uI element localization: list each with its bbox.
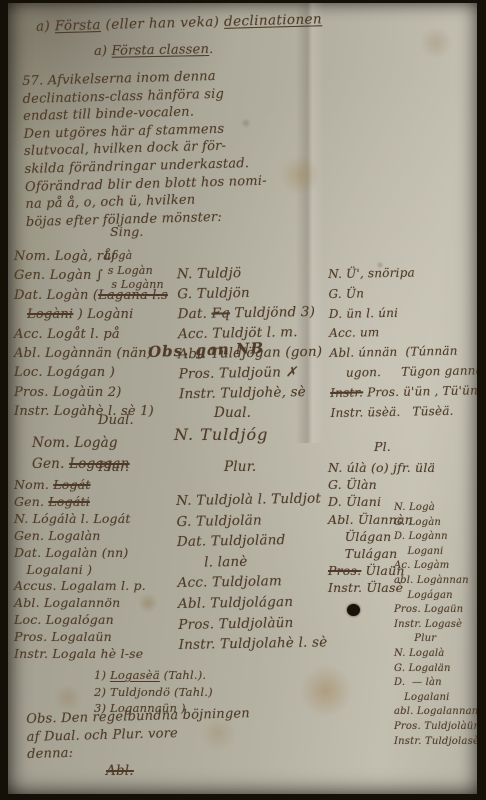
hw-line: Loc. Logalógan	[14, 612, 146, 629]
hw-line: Gen. Logalàn	[14, 528, 146, 545]
manuscript-paper: a) Första (eller han veka) declinationen…	[8, 3, 477, 794]
hw-line: Pros. Tuldjolàün	[178, 612, 327, 635]
hw-line: Pros. Logàün 2)	[14, 383, 168, 402]
hw-line: Nom. Logàg	[32, 433, 130, 454]
right-second-paradigm: N. LogàG. LogànD. Logànn LoganiAc. Logàm…	[394, 501, 477, 749]
hw-line: ugon. Tügon ganno NB	[330, 361, 477, 384]
hw-line: Instr. Logala hè l-se	[14, 646, 146, 663]
hw-line: N. Logalà	[394, 647, 477, 662]
hw-line: D. ün l. úni	[329, 301, 477, 324]
hw-line: G. Ün	[328, 282, 477, 305]
hw-line: Nom. Logà, råf	[14, 247, 168, 266]
hw-line: N. Tuldjolà l. Tuldjot	[176, 488, 325, 511]
hw-line: Dat. Logalàn (nn)	[14, 545, 146, 562]
hw-line: Plur	[394, 632, 477, 647]
hw-line: Abl. Tuldjögan (gon)	[178, 342, 322, 365]
middle-dual-form: N. Tuldjóg	[174, 425, 268, 444]
left-singular-paradigm: Nom. Logà, råfGen. Logàn ∫Dat. Logàn (La…	[14, 247, 168, 422]
middle-dual-label: Dual.	[214, 405, 251, 421]
bottom-struck-word: Abl.	[106, 763, 134, 779]
intro-paragraph: 57. Afvikelserna inom dennadeclinations-…	[22, 67, 268, 232]
hw-line: Ac. Logàm	[394, 559, 477, 574]
hw-line: Instr. Tuldjolasè.	[394, 735, 477, 750]
hw-line: Pros. Tuldjoün ✗	[179, 362, 323, 385]
hw-line: Instr. Logasè	[394, 618, 477, 633]
hw-line: Abl. Tuldjolágan	[178, 591, 327, 614]
right-singular-paradigm: N. Ü', snöripaG. ÜnD. ün l. úniAcc. umAb…	[328, 262, 477, 423]
hw-line: Instr. üsèä. Tüsèä.	[330, 400, 477, 423]
hw-line: Logalani )	[14, 562, 146, 579]
hw-line: l. lanè	[177, 550, 326, 573]
hw-line: Logani	[394, 545, 477, 560]
hw-line: Acc. Tuldjöt l. m.	[178, 322, 322, 345]
hw-line: Instr. Logàhè l. sè 1)	[14, 402, 168, 421]
hw-line: Instr. Pros. ü'ün , Tü'ün	[330, 381, 477, 404]
hw-line: Abl. únnän (Túnnän	[329, 341, 477, 364]
hw-line: G. Logàn	[394, 516, 477, 531]
left-dual-label: Dual.	[98, 413, 134, 428]
hw-line: a) Första classen.	[94, 42, 214, 59]
hw-line: Logàni ) Logàni	[14, 305, 168, 324]
hw-line: Dat. Fq Tuldjönd 3)	[177, 302, 321, 325]
hw-line: 1) Logasèä (Tahl.).	[94, 667, 213, 684]
hw-line: Logágan	[394, 589, 477, 604]
hw-line: Acc. Tuldjolam	[177, 571, 326, 594]
middle-plural-label: Plur.	[224, 459, 256, 475]
hw-line: Acc. Logåt l. på	[14, 325, 168, 344]
hw-line: Pros. Logalaün	[14, 629, 146, 646]
hw-line: abl. Logalannan	[394, 705, 477, 720]
hw-line: Gen. Logàn ∫	[14, 266, 168, 285]
hw-line: G. Logalän	[394, 662, 477, 677]
class-subheading: a) Första classen.	[94, 42, 214, 59]
hw-line: N. úlà (o) jfr. ülä	[328, 459, 435, 476]
hw-line: G. Tuldjolän	[176, 509, 325, 532]
left-plural-paradigm: Nom. LogátGen. LogátiN. Lógálà l. LogátG…	[14, 477, 146, 663]
hw-line: Logalani	[394, 691, 477, 706]
right-plural-label: Pl.	[374, 439, 391, 454]
middle-singular-paradigm: N. TuldjöG. TuldjönDat. Fq Tuldjönd 3)Ac…	[177, 262, 323, 404]
hw-line: Pros. Logaün	[394, 603, 477, 618]
hw-line: Loc. Logágan )	[14, 363, 168, 382]
hw-line: D. — làn	[394, 676, 477, 691]
hw-line: Accus. Logalam l. p.	[14, 578, 146, 595]
hw-line: Gen. Logáti	[14, 494, 146, 511]
singular-label: Sing.	[110, 224, 144, 239]
hw-line: Nom. Logát	[14, 477, 146, 494]
hw-line: N. Logà	[394, 501, 477, 516]
ink-blot	[347, 604, 360, 616]
hw-line: D. Logànn	[394, 530, 477, 545]
hw-line: N. Tuldjö	[177, 262, 321, 285]
hw-line: 2) Tuldjondö (Tahl.)	[94, 684, 213, 701]
left-plural-label: Plur.	[98, 460, 129, 475]
hw-line: Abl. Logànnän (nän)	[14, 344, 168, 363]
hw-line: Pros. Tuldjolàün	[394, 720, 477, 735]
hw-line: G. Ülàn	[328, 476, 435, 493]
hw-line: N. Lógálà l. Logát	[14, 511, 146, 528]
middle-plural-paradigm: N. Tuldjolà l. TuldjotG. TuldjolänDat. T…	[176, 488, 328, 655]
hw-line: N. Ü', snöripa	[328, 262, 477, 285]
hw-line: Instr. Tuldjohè, sè	[179, 382, 323, 405]
hw-line: Instr. Tuldjolahè l. sè	[179, 633, 328, 656]
hw-line: Dat. Logàn (Lagana l.s	[14, 286, 168, 305]
bottom-observation-note: Obs. Den regelbundna böjningenaf Dual. o…	[26, 705, 251, 763]
manuscript-photo: a) Första (eller han veka) declinationen…	[0, 0, 486, 800]
hw-line: Abl. Logalannön	[14, 595, 146, 612]
hw-line: Dat. Tuldjoländ	[177, 530, 326, 553]
hw-line: Acc. um	[329, 321, 477, 344]
hw-line: abl. Logànnan	[394, 574, 477, 589]
hw-line: G. Tuldjön	[177, 282, 321, 305]
